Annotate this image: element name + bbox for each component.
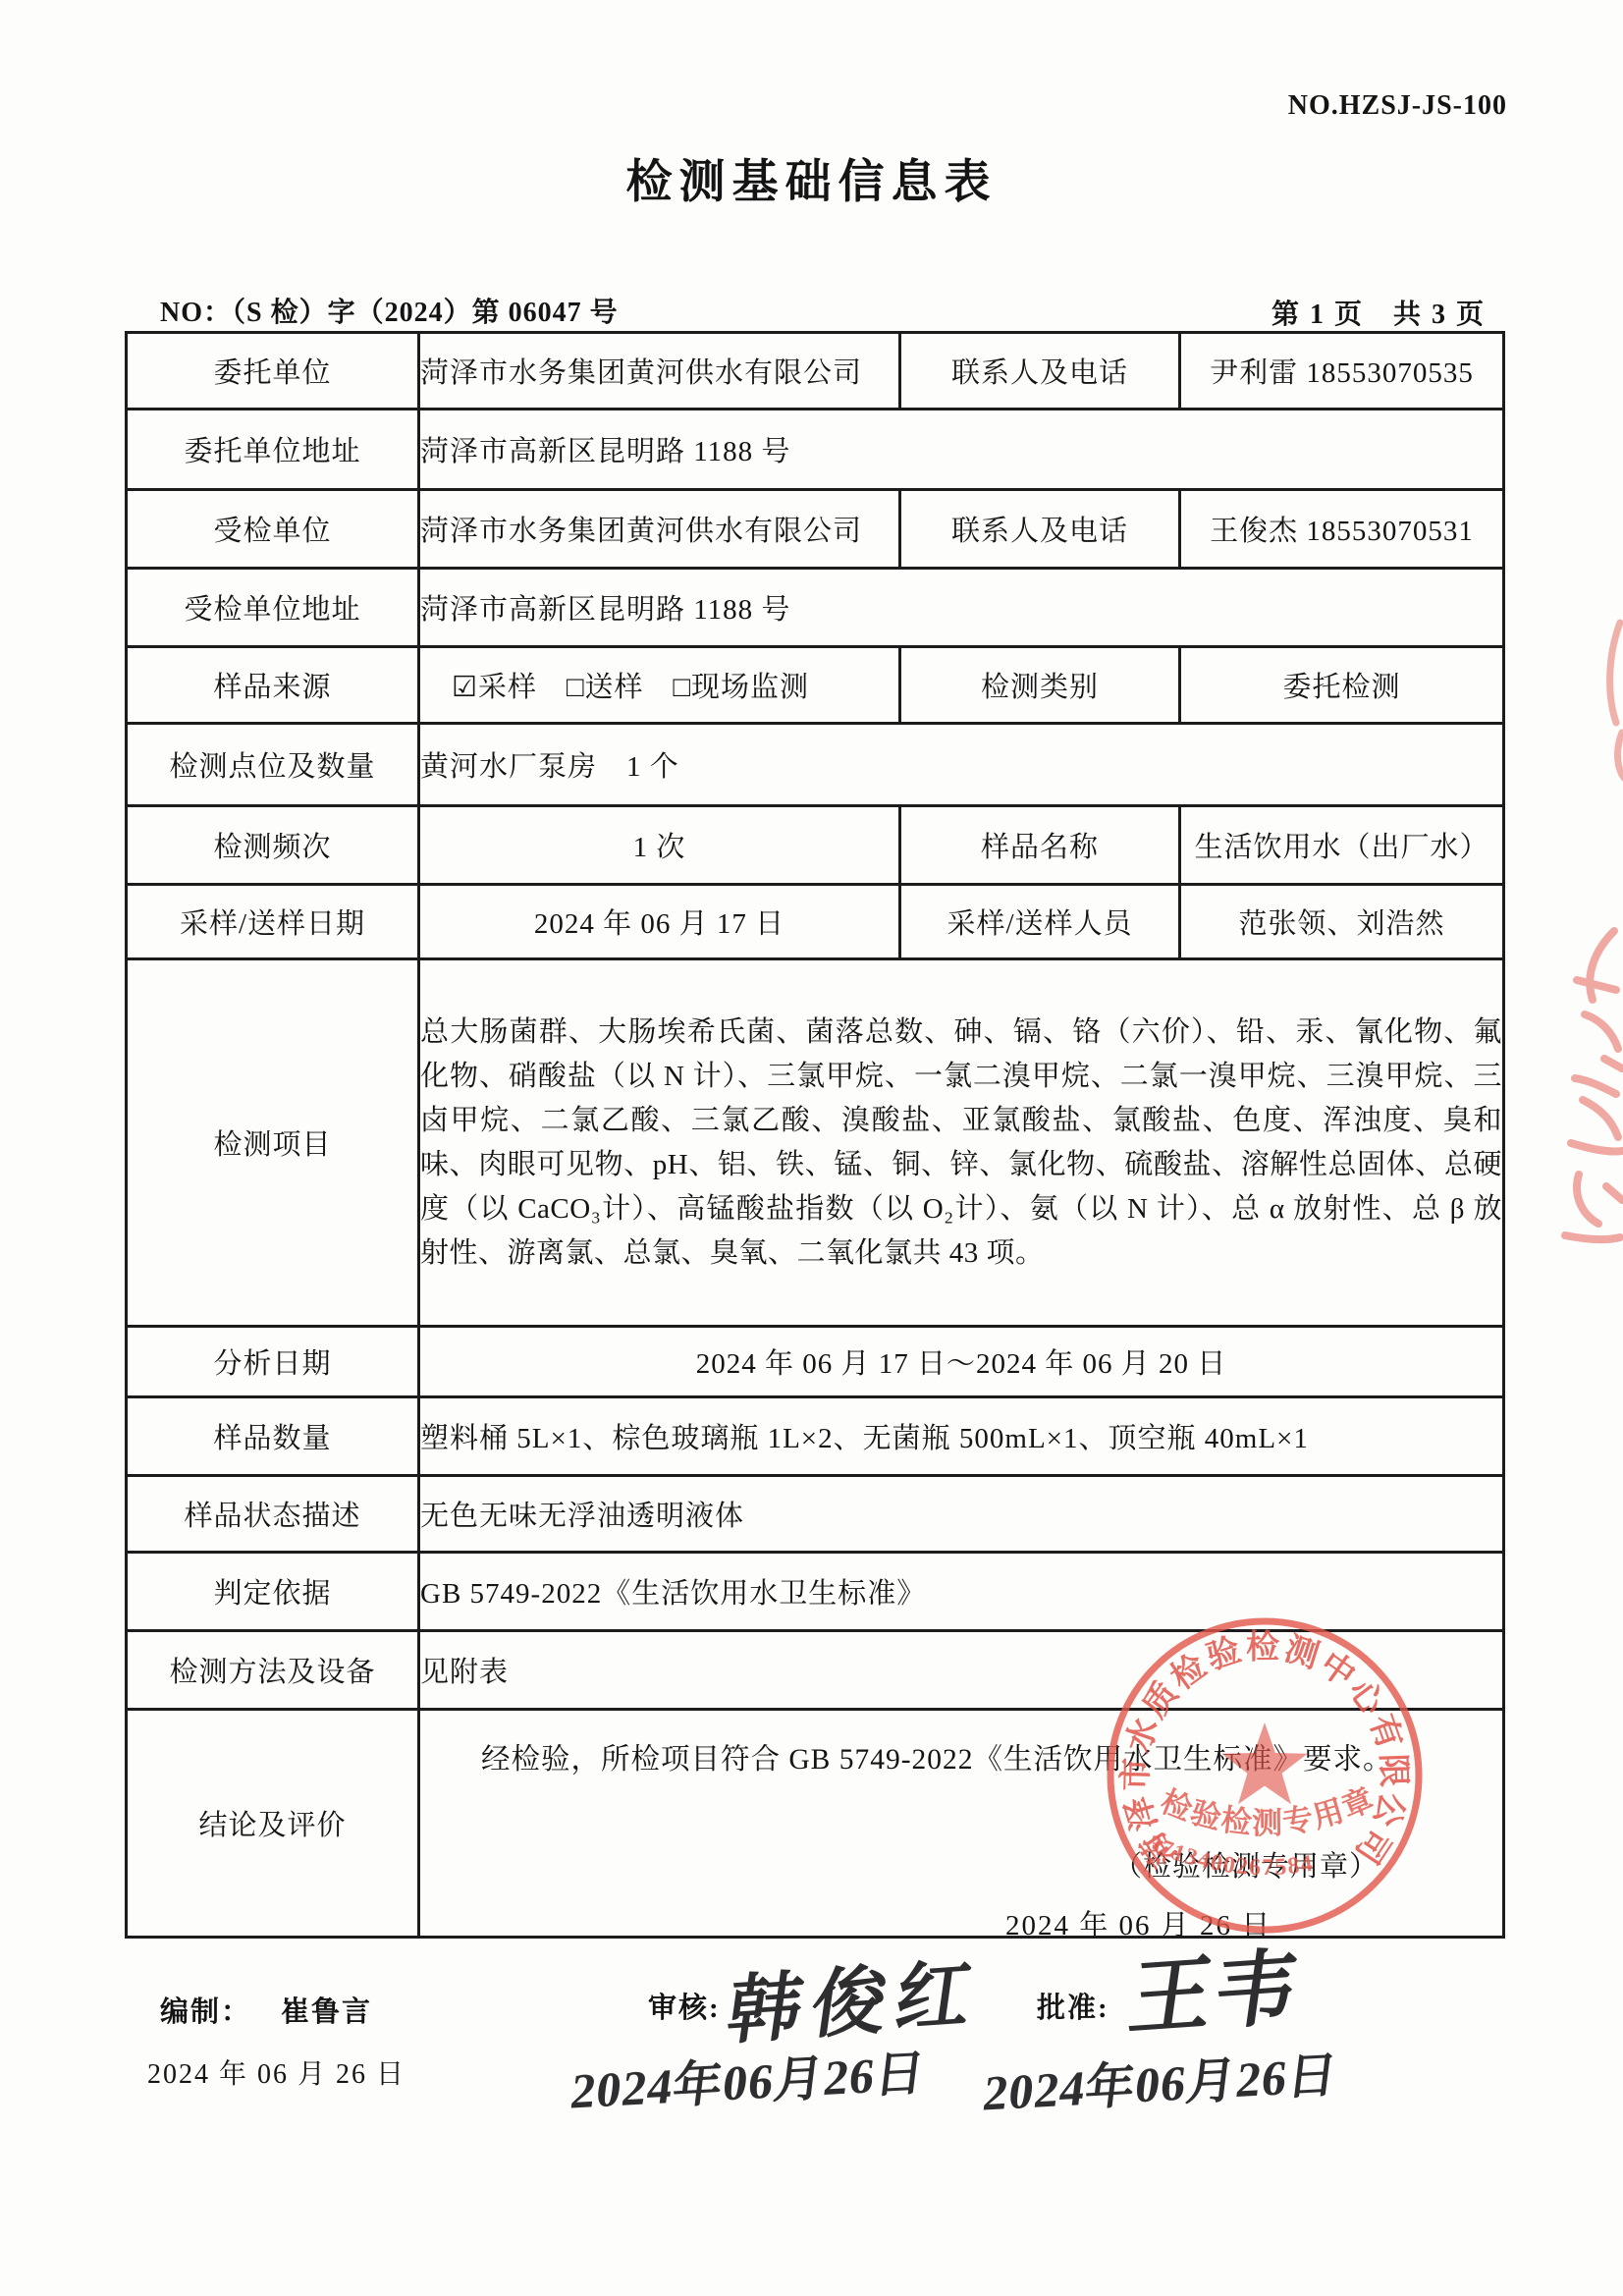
conclusion-cell: 经检验，所检项目符合 GB 5749-2022《生活饮用水卫生标准》要求。 （检… — [419, 1710, 1504, 1938]
table-row: 检测项目 总大肠菌群、大肠埃希氏菌、菌落总数、砷、镉、铬（六价）、铅、汞、氰化物… — [127, 959, 1504, 1327]
inspected-address-value: 菏泽市高新区昆明路 1188 号 — [419, 569, 1504, 647]
items-value: 总大肠菌群、大肠埃希氏菌、菌落总数、砷、镉、铬（六价）、铅、汞、氰化物、氟化物、… — [419, 959, 1504, 1327]
conclusion-label: 结论及评价 — [127, 1710, 419, 1938]
state-value: 无色无味无浮油透明液体 — [419, 1476, 1504, 1553]
inspected-value: 菏泽市水务集团黄河供水有限公司 — [419, 490, 900, 569]
test-category-value: 委托检测 — [1180, 647, 1504, 724]
table-row: 采样/送样日期 2024 年 06 月 17 日 采样/送样人员 范张领、刘浩然 — [127, 885, 1504, 959]
prepared-name: 崔鲁言 — [281, 1990, 372, 2030]
sample-source-checkboxes: ☑采样 □送样 □现场监测 — [419, 647, 900, 724]
sample-source-label: 样品来源 — [127, 647, 419, 724]
client-address-value: 菏泽市高新区昆明路 1188 号 — [419, 410, 1504, 490]
report-number: NO：（S 检）字（2024）第 06047 号 — [160, 291, 619, 330]
edge-seal-fragment — [1596, 615, 1623, 782]
point-label: 检测点位及数量 — [127, 724, 419, 806]
analysis-date-value: 2024 年 06 月 17 日～2024 年 06 月 20 日 — [419, 1327, 1504, 1397]
contact2-label: 联系人及电话 — [900, 490, 1180, 569]
approve-date: 2024年06月26日 — [980, 2035, 1342, 2124]
client-address-label: 委托单位地址 — [127, 410, 419, 490]
edge-seal-fragment — [1553, 1092, 1623, 1249]
info-table: 委托单位 菏泽市水务集团黄河供水有限公司 联系人及电话 尹利雷 18553070… — [125, 331, 1505, 1939]
review-date: 2024年06月26日 — [568, 2033, 930, 2122]
contact2-value: 王俊杰 18553070531 — [1180, 490, 1504, 569]
state-label: 样品状态描述 — [127, 1476, 419, 1553]
basis-value: GB 5749-2022《生活饮用水卫生标准》 — [419, 1553, 1504, 1631]
contact1-label: 联系人及电话 — [900, 333, 1180, 410]
frequency-label: 检测频次 — [127, 806, 419, 885]
table-row: 受检单位 菏泽市水务集团黄河供水有限公司 联系人及电话 王俊杰 18553070… — [127, 490, 1504, 569]
table-row: 受检单位地址 菏泽市高新区昆明路 1188 号 — [127, 569, 1504, 647]
table-row: 判定依据 GB 5749-2022《生活饮用水卫生标准》 — [127, 1553, 1504, 1631]
table-row: 检测方法及设备 见附表 — [127, 1631, 1504, 1710]
review-label: 审核: — [648, 1986, 721, 2026]
sampling-date-value: 2024 年 06 月 17 日 — [419, 885, 900, 959]
approve-label: 批准: — [1037, 1986, 1109, 2026]
basis-label: 判定依据 — [127, 1553, 419, 1631]
prepared-label: 编制： — [160, 1990, 251, 2030]
frequency-value: 1 次 — [419, 806, 900, 885]
table-row: 检测频次 1 次 样品名称 生活饮用水（出厂水） — [127, 806, 1504, 885]
table-row: 委托单位 菏泽市水务集团黄河供水有限公司 联系人及电话 尹利雷 18553070… — [127, 333, 1504, 410]
prepared-date: 2024 年 06 月 26 日 — [147, 2052, 406, 2092]
contact1-value: 尹利雷 18553070535 — [1180, 333, 1504, 410]
method-label: 检测方法及设备 — [127, 1631, 419, 1710]
quantity-value: 塑料桶 5L×1、棕色玻璃瓶 1L×2、无菌瓶 500mL×1、顶空瓶 40mL… — [419, 1397, 1504, 1476]
sampler-value: 范张领、刘浩然 — [1180, 885, 1504, 959]
point-value: 黄河水厂泵房 1 个 — [419, 724, 1504, 806]
table-row: 检测点位及数量 黄河水厂泵房 1 个 — [127, 724, 1504, 806]
page-count: 第 1 页 共 3 页 — [1271, 293, 1486, 332]
method-value: 见附表 — [419, 1631, 1504, 1710]
edge-seal-fragment — [1565, 921, 1623, 1098]
form-ref-number: NO.HZSJ-JS-100 — [1288, 90, 1507, 122]
approve-signature: 王韦 — [1123, 1920, 1309, 2051]
table-row: 样品来源 ☑采样 □送样 □现场监测 检测类别 委托检测 — [127, 647, 1504, 724]
table-row: 分析日期 2024 年 06 月 17 日～2024 年 06 月 20 日 — [127, 1327, 1504, 1397]
sample-name-label: 样品名称 — [900, 806, 1180, 885]
page-title: 检测基础信息表 — [0, 145, 1623, 211]
document-page: NO.HZSJ-JS-100 检测基础信息表 NO：（S 检）字（2024）第 … — [0, 0, 1623, 2296]
sampling-date-label: 采样/送样日期 — [127, 885, 419, 959]
seal-note: （检验检测专用章） — [1113, 1844, 1379, 1885]
quantity-label: 样品数量 — [127, 1397, 419, 1476]
items-label: 检测项目 — [127, 959, 419, 1327]
inspected-address-label: 受检单位地址 — [127, 569, 419, 647]
sample-name-value: 生活饮用水（出厂水） — [1180, 806, 1504, 885]
table-row: 样品状态描述 无色无味无浮油透明液体 — [127, 1476, 1504, 1553]
client-label: 委托单位 — [127, 333, 419, 410]
sampler-label: 采样/送样人员 — [900, 885, 1180, 959]
table-row: 结论及评价 经检验，所检项目符合 GB 5749-2022《生活饮用水卫生标准》… — [127, 1710, 1504, 1938]
test-category-label: 检测类别 — [900, 647, 1180, 724]
inspected-label: 受检单位 — [127, 490, 419, 569]
table-row: 样品数量 塑料桶 5L×1、棕色玻璃瓶 1L×2、无菌瓶 500mL×1、顶空瓶… — [127, 1397, 1504, 1476]
conclusion-text: 经检验，所检项目符合 GB 5749-2022《生活饮用水卫生标准》要求。 — [481, 1736, 1393, 1777]
client-value: 菏泽市水务集团黄河供水有限公司 — [419, 333, 900, 410]
table-row: 委托单位地址 菏泽市高新区昆明路 1188 号 — [127, 410, 1504, 490]
analysis-date-label: 分析日期 — [127, 1327, 419, 1397]
